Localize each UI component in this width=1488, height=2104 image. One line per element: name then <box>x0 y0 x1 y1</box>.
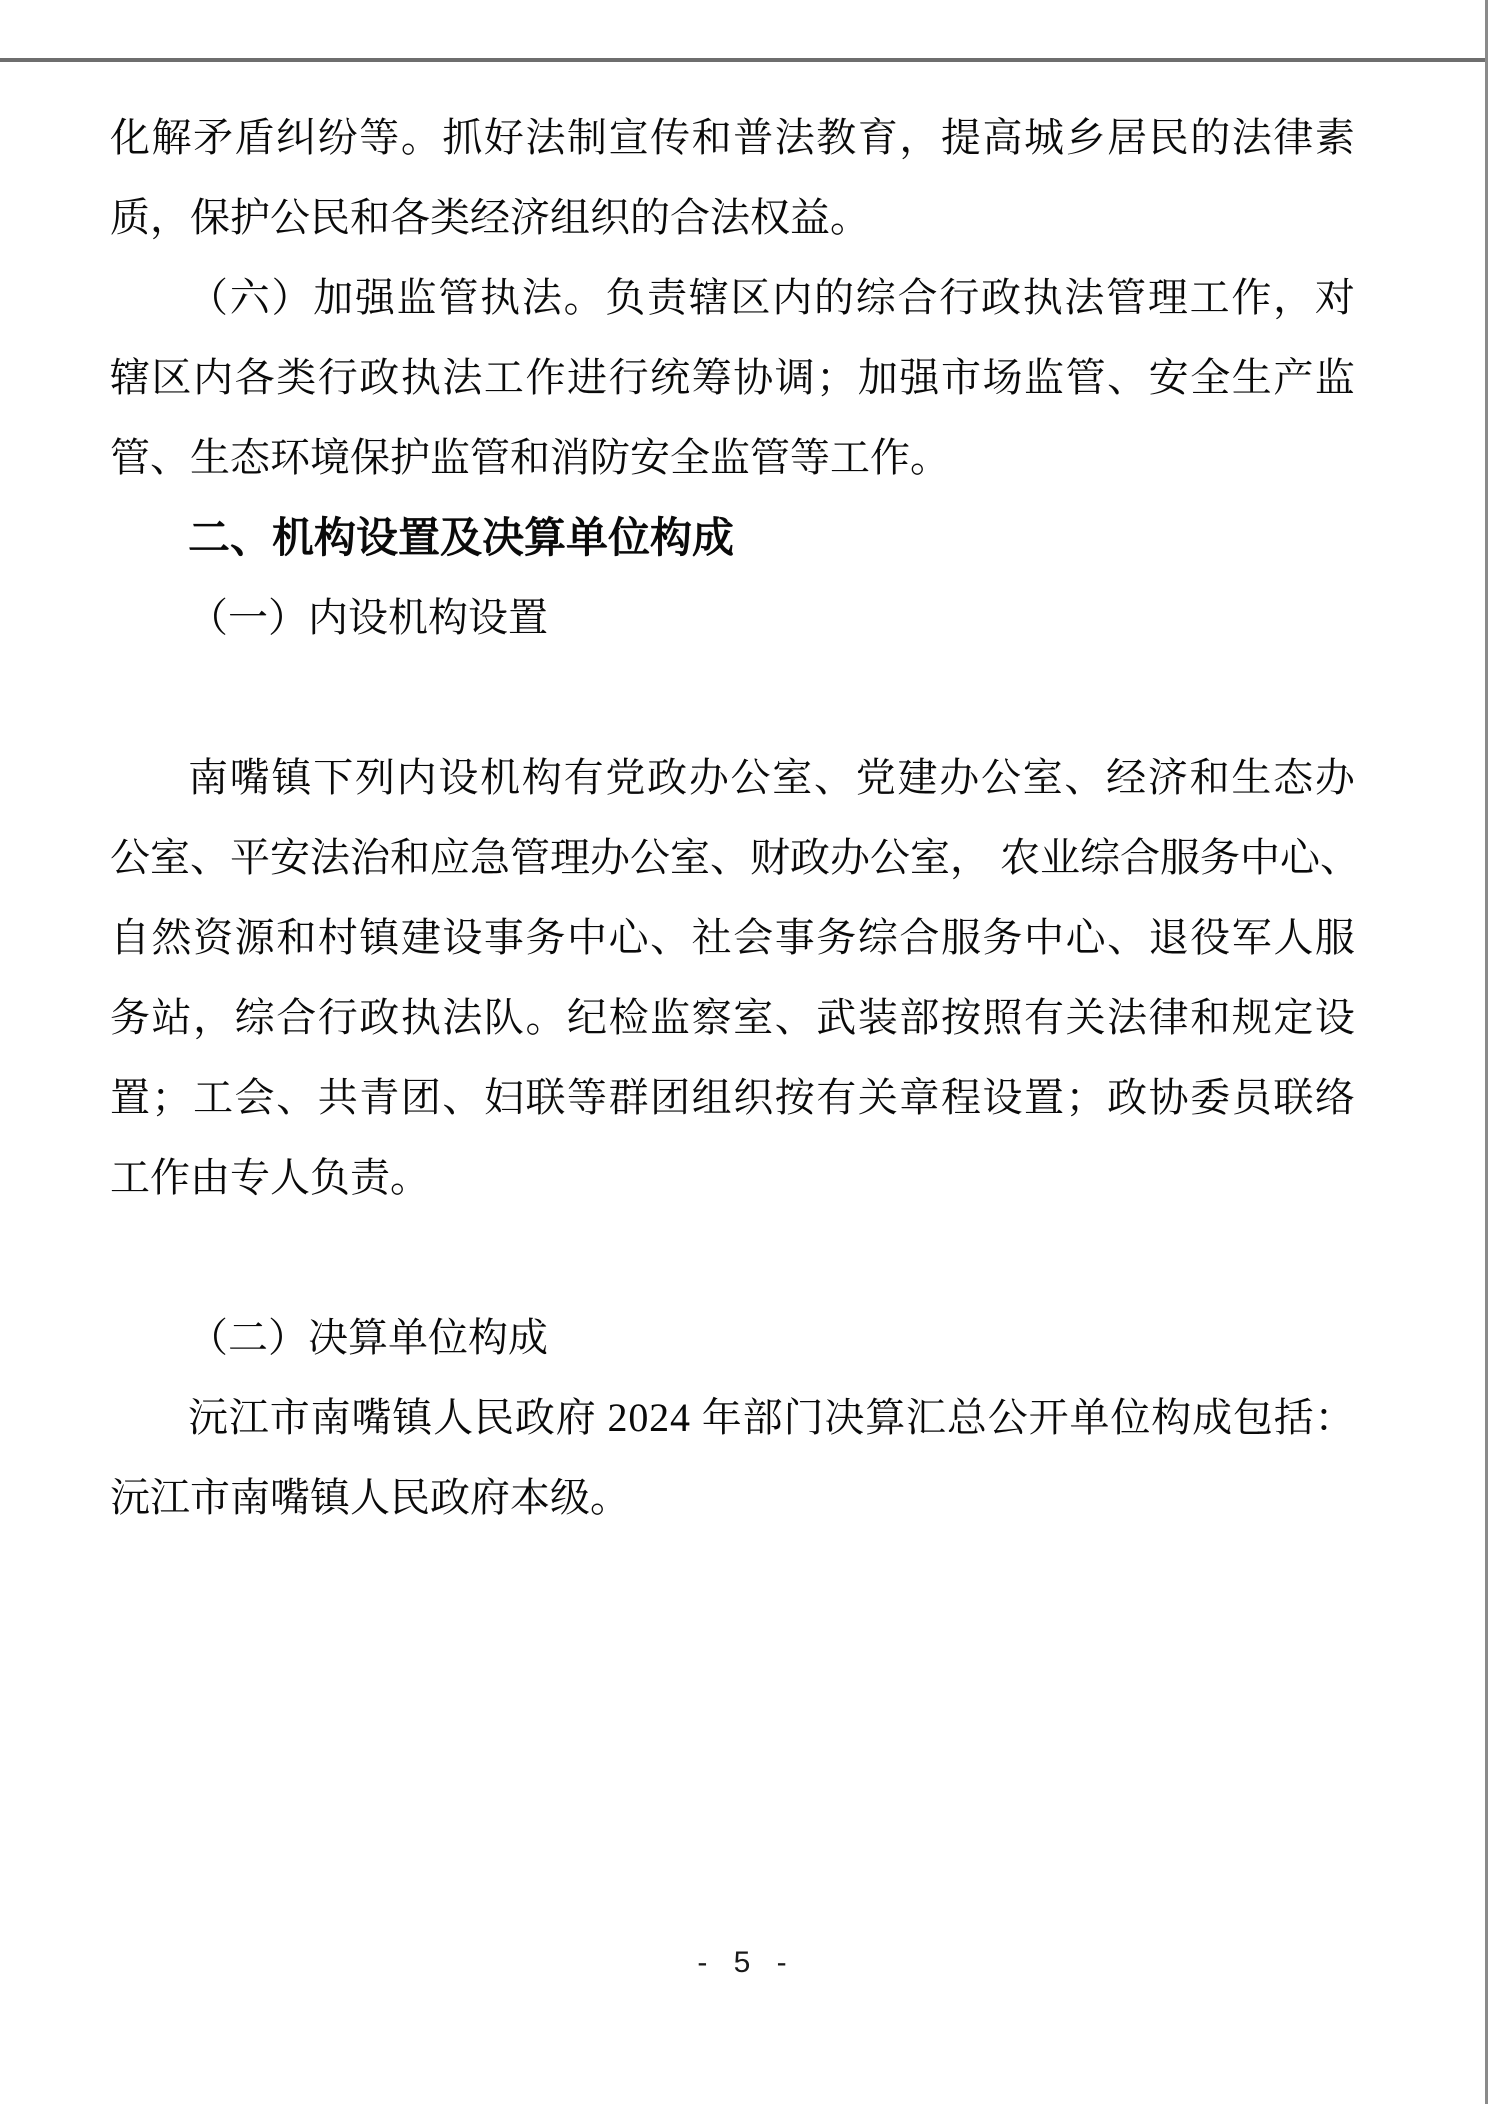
character: 南 <box>311 1378 351 1458</box>
character: ） <box>271 258 311 338</box>
character: 服 <box>1315 898 1355 978</box>
character: 育 <box>858 98 898 178</box>
character: 、 <box>190 818 230 898</box>
character: 和 <box>692 98 732 178</box>
character: 青 <box>359 1058 399 1138</box>
character: 法 <box>1232 98 1272 178</box>
character: 府 <box>556 1378 596 1458</box>
character: 包 <box>1233 1378 1273 1458</box>
character: （ <box>188 258 228 338</box>
character: 决 <box>824 1378 864 1458</box>
character: 等 <box>567 1058 607 1138</box>
character <box>990 818 1000 898</box>
character: 有 <box>564 738 604 818</box>
character: 管 <box>510 818 550 898</box>
character: 行 <box>939 258 979 338</box>
character: 法 <box>525 98 565 178</box>
character: 联 <box>525 1058 565 1138</box>
character: 共 <box>318 1058 358 1138</box>
character: 工 <box>484 338 524 418</box>
character: 役 <box>1190 898 1230 978</box>
character: 解 <box>152 98 192 178</box>
scan-artifact-top-line <box>0 58 1488 62</box>
character: 、 <box>1107 898 1147 978</box>
character: 和 <box>390 818 430 898</box>
character: 0 <box>628 1378 648 1458</box>
character: 加 <box>858 338 898 418</box>
character: 工 <box>1190 258 1230 338</box>
character: 织 <box>733 1058 773 1138</box>
character: 事 <box>484 898 524 978</box>
character: 纪 <box>567 978 607 1058</box>
character: 负 <box>605 258 645 338</box>
character: 室 <box>772 738 812 818</box>
character: 络 <box>1315 1058 1355 1138</box>
character: 等 <box>359 98 399 178</box>
character: 室 <box>670 818 710 898</box>
character: 镇 <box>359 898 399 978</box>
character: 场 <box>982 338 1022 418</box>
character: 务 <box>110 978 150 1058</box>
character: 妇 <box>484 1058 524 1138</box>
character: 市 <box>941 338 981 418</box>
character: 镇 <box>392 1378 432 1458</box>
character: 平 <box>230 818 270 898</box>
character: 执 <box>480 258 520 338</box>
character: 执 <box>401 338 441 418</box>
character: 设 <box>1315 978 1355 1058</box>
character: 、 <box>442 1058 482 1138</box>
character: 管 <box>1106 258 1146 338</box>
character: 心 <box>1066 898 1106 978</box>
character: ； <box>1066 1058 1106 1138</box>
character: 2 <box>649 1378 669 1458</box>
text-line: 沅江市南嘴镇人民政府本级。 <box>110 1458 1355 1538</box>
character: 行 <box>318 338 358 418</box>
character: 行 <box>609 338 649 418</box>
character: 综 <box>858 898 898 978</box>
character: 总 <box>947 1378 987 1458</box>
character: ， <box>193 978 233 1058</box>
character: 市 <box>270 1378 310 1458</box>
character: 和 <box>1190 738 1230 818</box>
character: 纷 <box>318 98 358 178</box>
character: 中 <box>1024 898 1064 978</box>
character: 装 <box>858 978 898 1058</box>
text-line: 自然资源和村镇建设事务中心、社会事务综合服务中心、退役军人服 <box>110 898 1355 978</box>
character: 自 <box>110 898 150 978</box>
character: 抓 <box>442 98 482 178</box>
blank-line <box>110 1218 1355 1298</box>
character: 制 <box>567 98 607 178</box>
character: 年 <box>702 1378 742 1458</box>
character: 置 <box>110 1058 150 1138</box>
document-body: 化解矛盾纠纷等。抓好法制宣传和普法教育，提高城乡居民的法律素质，保护公民和各类经… <box>110 98 1355 1538</box>
text-line: （一）内设机构设置 <box>110 578 1355 658</box>
character: 公 <box>110 818 150 898</box>
character: 务 <box>982 898 1022 978</box>
character: 法 <box>522 258 562 338</box>
character: 对 <box>1315 258 1355 338</box>
character: 城 <box>1024 98 1064 178</box>
character: 村 <box>318 898 358 978</box>
character: 高 <box>982 98 1022 178</box>
character: 然 <box>152 898 192 978</box>
character: 六 <box>230 258 270 338</box>
character: 安 <box>270 818 310 898</box>
character: 组 <box>692 1058 732 1138</box>
character: 法 <box>310 818 350 898</box>
character: 理 <box>550 818 590 898</box>
character: 照 <box>982 978 1022 1058</box>
character: 作 <box>1231 258 1271 338</box>
character: 农 <box>1000 818 1040 898</box>
character: 、 <box>814 738 854 818</box>
character: 2 <box>607 1378 627 1458</box>
character: 开 <box>1029 1378 1069 1458</box>
character: 辖 <box>689 258 729 338</box>
character: 、 <box>1320 818 1360 898</box>
character: 门 <box>783 1378 823 1458</box>
text-line: 公室、平安法治和应急管理办公室、财政办公室， 农业综合服务中心、 <box>110 818 1355 898</box>
blank-line <box>110 658 1355 738</box>
character: 设 <box>438 738 478 818</box>
character: 生 <box>1231 738 1271 818</box>
character: 资 <box>193 898 233 978</box>
character: 构 <box>1151 1378 1191 1458</box>
character: 设 <box>442 898 482 978</box>
character: 监 <box>1024 338 1064 418</box>
character: 公 <box>630 818 670 898</box>
character: 退 <box>1149 898 1189 978</box>
character: 、 <box>1107 338 1147 418</box>
character: ， <box>1273 258 1313 338</box>
character: 法 <box>775 98 815 178</box>
character: 镇 <box>271 738 311 818</box>
character: 务 <box>525 898 565 978</box>
character: 加 <box>313 258 353 338</box>
character: 内 <box>193 338 233 418</box>
character: 政 <box>790 818 830 898</box>
text-line: 管、生态环境保护监管和消防安全监管等工作。 <box>110 418 1355 498</box>
text-line: （二）决算单位构成 <box>110 1298 1355 1378</box>
character: 心 <box>1280 818 1320 898</box>
text-line: 沅江市南嘴镇人民政府 2024 年部门决算汇总公开单位构成包括： <box>110 1378 1355 1458</box>
character: 财 <box>750 818 790 898</box>
character: 部 <box>899 978 939 1058</box>
character: 法 <box>1107 978 1147 1058</box>
character: 协 <box>733 338 773 418</box>
character: 章 <box>899 1058 939 1138</box>
character: 源 <box>235 898 275 978</box>
character: 按 <box>941 978 981 1058</box>
character: 办 <box>689 738 729 818</box>
character: 作 <box>525 338 565 418</box>
character: 团 <box>650 1058 690 1138</box>
text-line: 化解矛盾纠纷等。抓好法制宣传和普法教育，提高城乡居民的法律素 <box>110 98 1355 178</box>
character: 调 <box>775 338 815 418</box>
character: 括 <box>1274 1378 1314 1458</box>
character: 综 <box>1080 818 1120 898</box>
character: 内 <box>772 258 812 338</box>
text-line: （六）加强监管执法。负责辖区内的综合行政执法管理工作，对 <box>110 258 1355 338</box>
character: 态 <box>1273 738 1313 818</box>
character: 合 <box>897 258 937 338</box>
text-line: 置；工会、共青团、妇联等群团组织按有关章程设置；政协委员联络 <box>110 1058 1355 1138</box>
character: 法 <box>442 338 482 418</box>
character: 党 <box>856 738 896 818</box>
character: 各 <box>235 338 275 418</box>
character: 关 <box>1066 978 1106 1058</box>
character: 产 <box>1273 338 1313 418</box>
character: 政 <box>515 1378 555 1458</box>
character: 公 <box>981 738 1021 818</box>
character: 部 <box>743 1378 783 1458</box>
character: 规 <box>1232 978 1272 1058</box>
character: 察 <box>692 978 732 1058</box>
character: 关 <box>858 1058 898 1138</box>
character: 素 <box>1315 98 1355 178</box>
character: 经 <box>1106 738 1146 818</box>
character: 合 <box>1120 818 1160 898</box>
character: 室 <box>733 978 773 1058</box>
character: ； <box>816 338 856 418</box>
character: 事 <box>775 898 815 978</box>
character: 公 <box>731 738 771 818</box>
character: 室 <box>910 818 950 898</box>
character: 嘴 <box>351 1378 391 1458</box>
character: 成 <box>1192 1378 1232 1458</box>
character: 嘴 <box>230 738 270 818</box>
character: 矛 <box>193 98 233 178</box>
character: 检 <box>609 978 649 1058</box>
character: 算 <box>865 1378 905 1458</box>
character: 心 <box>609 898 649 978</box>
character: 盾 <box>235 98 275 178</box>
character: 的 <box>1190 98 1230 178</box>
character: 急 <box>470 818 510 898</box>
text-line: 辖区内各类行政执法工作进行统筹协调；加强市场监管、安全生产监 <box>110 338 1355 418</box>
character: 江 <box>229 1378 269 1458</box>
character: 人 <box>1273 898 1313 978</box>
character: 群 <box>609 1058 649 1138</box>
character: ， <box>899 98 939 178</box>
character: 委 <box>1190 1058 1230 1138</box>
character: 列 <box>355 738 395 818</box>
character <box>597 1378 607 1458</box>
character: 会 <box>733 898 773 978</box>
character: 员 <box>1232 1058 1272 1138</box>
character: 区 <box>731 258 771 338</box>
character: 业 <box>1040 818 1080 898</box>
character: 纠 <box>276 98 316 178</box>
character: ； <box>152 1058 192 1138</box>
character: 生 <box>1232 338 1272 418</box>
character: 民 <box>1149 98 1189 178</box>
character: 建 <box>401 898 441 978</box>
character: 党 <box>605 738 645 818</box>
character: 宣 <box>609 98 649 178</box>
character: 化 <box>110 98 150 178</box>
character: 构 <box>522 738 562 818</box>
text-line: 工作由专人负责。 <box>110 1138 1355 1218</box>
character: 。 <box>525 978 565 1058</box>
character: 合 <box>276 978 316 1058</box>
character: 办 <box>590 818 630 898</box>
character: 提 <box>941 98 981 178</box>
character: 工 <box>193 1058 233 1138</box>
character: 沅 <box>188 1378 228 1458</box>
character: 建 <box>897 738 937 818</box>
character: 教 <box>816 98 856 178</box>
character: 统 <box>650 338 690 418</box>
text-line: 质，保护公民和各类经济组织的合法权益。 <box>110 178 1355 258</box>
character: 好 <box>484 98 524 178</box>
character: 政 <box>359 978 399 1058</box>
character: 区 <box>152 338 192 418</box>
character: 有 <box>816 1058 856 1138</box>
character: 位 <box>1110 1378 1150 1458</box>
character: 中 <box>1240 818 1280 898</box>
character: ， <box>950 818 990 898</box>
character: 下 <box>313 738 353 818</box>
character: 。 <box>564 258 604 338</box>
character: 会 <box>235 1058 275 1138</box>
character: 汇 <box>906 1378 946 1458</box>
character: 济 <box>1148 738 1188 818</box>
character: 居 <box>1107 98 1147 178</box>
character: 。 <box>401 98 441 178</box>
character: 南 <box>188 738 228 818</box>
character: 普 <box>733 98 773 178</box>
character: 、 <box>276 1058 316 1138</box>
character: 监 <box>1315 338 1355 418</box>
character: 队 <box>484 978 524 1058</box>
page-number: - 5 - <box>0 1946 1488 1980</box>
character: 政 <box>359 338 399 418</box>
character: 4 <box>670 1378 690 1458</box>
character: 人 <box>433 1378 473 1458</box>
character: 有 <box>1024 978 1064 1058</box>
character: 内 <box>397 738 437 818</box>
character: 综 <box>856 258 896 338</box>
character: 室 <box>1023 738 1063 818</box>
character: 服 <box>1160 818 1200 898</box>
character: 办 <box>830 818 870 898</box>
character: 武 <box>816 978 856 1058</box>
character: 、 <box>650 898 690 978</box>
character: 室 <box>150 818 190 898</box>
character: 设 <box>982 1058 1022 1138</box>
text-line: 南嘴镇下列内设机构有党政办公室、党建办公室、经济和生态办 <box>110 738 1355 818</box>
character: 的 <box>814 258 854 338</box>
character: 传 <box>650 98 690 178</box>
character: 综 <box>235 978 275 1058</box>
character: 站 <box>152 978 192 1058</box>
character: 律 <box>1149 978 1189 1058</box>
character: 定 <box>1273 978 1313 1058</box>
character: 执 <box>1023 258 1063 338</box>
character: 、 <box>710 818 750 898</box>
character: 合 <box>899 898 939 978</box>
character: 联 <box>1273 1058 1313 1138</box>
character: 理 <box>1148 258 1188 338</box>
character: 监 <box>397 258 437 338</box>
character: 服 <box>941 898 981 978</box>
character: 务 <box>816 898 856 978</box>
character: 机 <box>480 738 520 818</box>
character: 军 <box>1232 898 1272 978</box>
character: 单 <box>1069 1378 1109 1458</box>
character: ： <box>1315 1378 1355 1458</box>
character: 应 <box>430 818 470 898</box>
character: 置 <box>1024 1058 1064 1138</box>
character: 和 <box>1190 978 1230 1058</box>
character <box>691 1378 701 1458</box>
character: 辖 <box>110 338 150 418</box>
character: 办 <box>939 738 979 818</box>
character: 务 <box>1200 818 1240 898</box>
character: 管 <box>438 258 478 338</box>
text-line: 务站，综合行政执法队。纪检监察室、武装部按照有关法律和规定设 <box>110 978 1355 1058</box>
character: 、 <box>775 978 815 1058</box>
character: 、 <box>1064 738 1104 818</box>
character: 团 <box>401 1058 441 1138</box>
document-page: 化解矛盾纠纷等。抓好法制宣传和普法教育，提高城乡居民的法律素质，保护公民和各类经… <box>0 0 1488 2104</box>
character: 进 <box>567 338 607 418</box>
character: 责 <box>647 258 687 338</box>
character: 治 <box>350 818 390 898</box>
character: 和 <box>276 898 316 978</box>
character: 政 <box>647 738 687 818</box>
character: 类 <box>276 338 316 418</box>
character: 乡 <box>1066 98 1106 178</box>
character: 筹 <box>692 338 732 418</box>
character: 安 <box>1149 338 1189 418</box>
character: 公 <box>870 818 910 898</box>
character: 协 <box>1149 1058 1189 1138</box>
character: 中 <box>567 898 607 978</box>
character: 政 <box>1107 1058 1147 1138</box>
character: 行 <box>318 978 358 1058</box>
character: 法 <box>1064 258 1104 338</box>
character: 程 <box>941 1058 981 1138</box>
character: 强 <box>355 258 395 338</box>
character: 管 <box>1066 338 1106 418</box>
character: 公 <box>988 1378 1028 1458</box>
character: 全 <box>1190 338 1230 418</box>
character: 监 <box>650 978 690 1058</box>
character: 执 <box>401 978 441 1058</box>
character: 社 <box>692 898 732 978</box>
character: 法 <box>442 978 482 1058</box>
character: 强 <box>899 338 939 418</box>
section-heading: 二、机构设置及决算单位构成 <box>110 498 1355 578</box>
character: 办 <box>1315 738 1355 818</box>
character: 按 <box>775 1058 815 1138</box>
character: 民 <box>474 1378 514 1458</box>
character: 政 <box>981 258 1021 338</box>
character: 律 <box>1273 98 1313 178</box>
